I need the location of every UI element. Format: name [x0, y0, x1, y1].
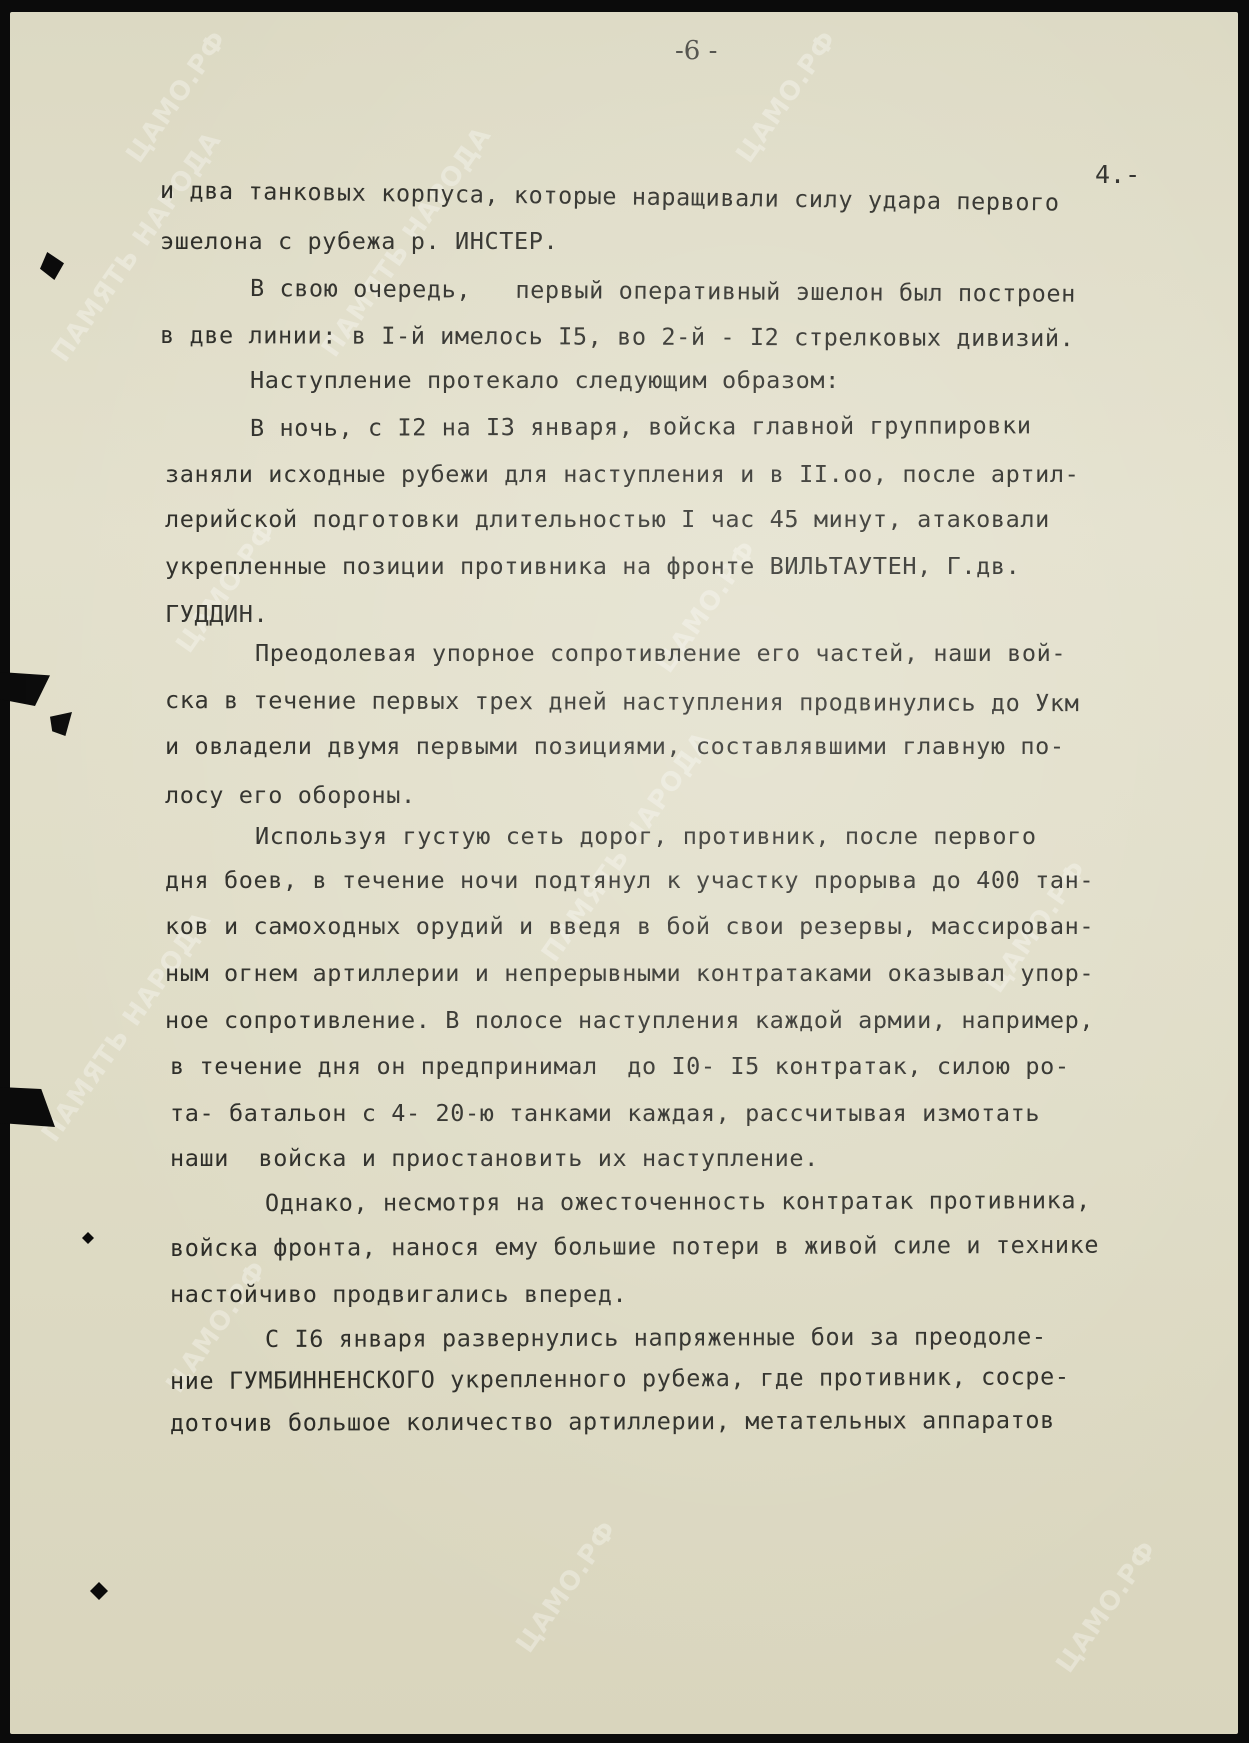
watermark-tsamo: ЦАМО.РФ	[121, 25, 234, 168]
binding-hole-icon	[82, 1232, 94, 1244]
text-line: ное сопротивление. В полосе наступления …	[165, 1006, 1094, 1034]
text-line: В свою очередь, первый оперативный эшело…	[250, 274, 1076, 308]
text-line: в течение дня он предпринимал до I0- I5 …	[170, 1052, 1070, 1080]
text-line: доточив большое количество артиллерии, м…	[170, 1406, 1055, 1437]
text-line: Наступление протекало следующим образом:	[250, 366, 840, 394]
watermark-tsamo: ЦАМО.РФ	[511, 1515, 624, 1658]
binding-hole-icon	[40, 252, 64, 280]
text-line: укрепленные позиции противника на фронте…	[165, 552, 1020, 580]
text-line: и овладели двумя первыми позициями, сост…	[165, 732, 1065, 760]
text-line: Однако, несмотря на ожесточенность контр…	[265, 1186, 1091, 1217]
text-line: Преодолевая упорное сопротивление его ча…	[255, 639, 1066, 667]
document-page: ЦАМО.РФ ЦАМО.РФ ПАМЯТЬ НАРОДА ПАМЯТЬ НАР…	[10, 12, 1238, 1734]
watermark-tsamo: ЦАМО.РФ	[1051, 1535, 1164, 1678]
text-line: наши войска и приостановить их наступлен…	[170, 1144, 819, 1172]
watermark-tsamo: ЦАМО.РФ	[731, 25, 844, 168]
text-line: дня боев, в течение ночи подтянул к учас…	[165, 866, 1094, 894]
text-line: ков и самоходных орудий и введя в бой св…	[165, 912, 1094, 940]
binding-hole-icon	[0, 672, 50, 706]
text-line: ние ГУМБИННЕНСКОГО укрепленного рубежа, …	[170, 1362, 1070, 1395]
text-line: Используя густую сеть дорог, противник, …	[255, 822, 1037, 850]
binding-hole-icon	[90, 1582, 108, 1600]
text-line: войска фронта, нанося ему большие потери…	[170, 1231, 1099, 1262]
text-line: и два танковых корпуса, которые наращива…	[160, 176, 1060, 217]
text-line: В ночь, с I2 на I3 января, войска главно…	[250, 411, 1032, 442]
text-line: заняли исходные рубежи для наступления и…	[165, 460, 1079, 488]
text-line: настойчиво продвигались вперед.	[170, 1280, 627, 1308]
section-number: 4.-	[1095, 160, 1140, 189]
text-line: лерийской подготовки длительностью I час…	[165, 505, 1050, 533]
text-line: эшелона с рубежа р. ИНСТЕР.	[160, 227, 558, 255]
text-line: ным огнем артиллерии и непрерывными конт…	[165, 959, 1094, 987]
text-line: ГУДДИН.	[165, 600, 268, 628]
binding-hole-icon	[50, 712, 72, 736]
page-number: -6 -	[675, 36, 717, 66]
text-line: лосу его обороны.	[165, 781, 416, 809]
text-line: С I6 января развернулись напряженные бои…	[265, 1322, 1047, 1353]
text-line: в две линии: в I-й имелось I5, во 2-й - …	[160, 321, 1074, 352]
watermark-tsamo: ЦАМО.РФ	[171, 515, 284, 658]
binding-hole-icon	[0, 1087, 55, 1127]
text-line: ска в течение первых трех дней наступлен…	[165, 686, 1079, 717]
text-line: та- батальон с 4- 20-ю танками каждая, р…	[170, 1099, 1040, 1127]
